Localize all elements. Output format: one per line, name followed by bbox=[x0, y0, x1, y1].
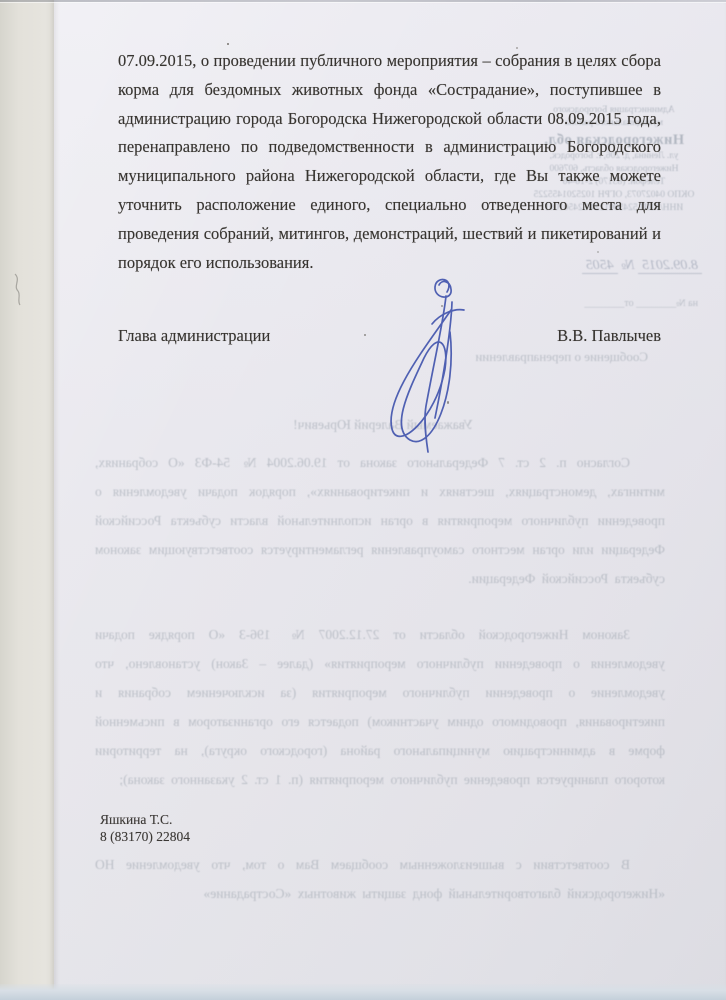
bleedthrough-title: Сообщение о перенаправлении bbox=[475, 349, 648, 365]
bleedthrough-paragraph: Согласно п. 2 ст. 7 Федерального закона … bbox=[95, 448, 665, 593]
pencil-mark bbox=[9, 272, 29, 308]
scanned-letter-page: Администрация Богородского муниципальног… bbox=[0, 0, 726, 1000]
body-line: 07.09.2015, о проведении публичного меро… bbox=[118, 47, 661, 76]
signoff-name: В.В. Павлычев bbox=[557, 326, 661, 346]
bleedthrough-reference-line: на №________ от________ bbox=[584, 298, 698, 309]
bleedthrough-paragraph: Законом Нижегородской области от 27.12.2… bbox=[95, 620, 665, 794]
scan-edge-bottom bbox=[0, 984, 726, 1000]
signature-ink bbox=[362, 266, 474, 458]
bleedthrough-paragraph: В соответствии с вышеизложенным сообщаем… bbox=[95, 850, 665, 908]
body-line: уточнить расположение единого, специальн… bbox=[118, 191, 661, 220]
body-line: перенаправлено по подведомственности в а… bbox=[118, 133, 661, 162]
letter-body: 07.09.2015, о проведении публичного меро… bbox=[118, 47, 661, 277]
executor-name: Яшкина Т.С. bbox=[100, 812, 190, 829]
body-line: муниципального района Нижегородской обла… bbox=[118, 162, 661, 191]
body-line: корма для бездомных животных фонда «Сост… bbox=[118, 76, 661, 105]
scan-speck bbox=[227, 43, 229, 45]
body-line: проведения собраний, митингов, демонстра… bbox=[118, 220, 661, 249]
body-line: администрацию города Богородска Нижегоро… bbox=[118, 105, 661, 134]
executor-block: Яшкина Т.С. 8 (83170) 22804 bbox=[100, 812, 190, 845]
executor-phone: 8 (83170) 22804 bbox=[100, 829, 190, 846]
signoff-position: Глава администрации bbox=[118, 326, 270, 346]
